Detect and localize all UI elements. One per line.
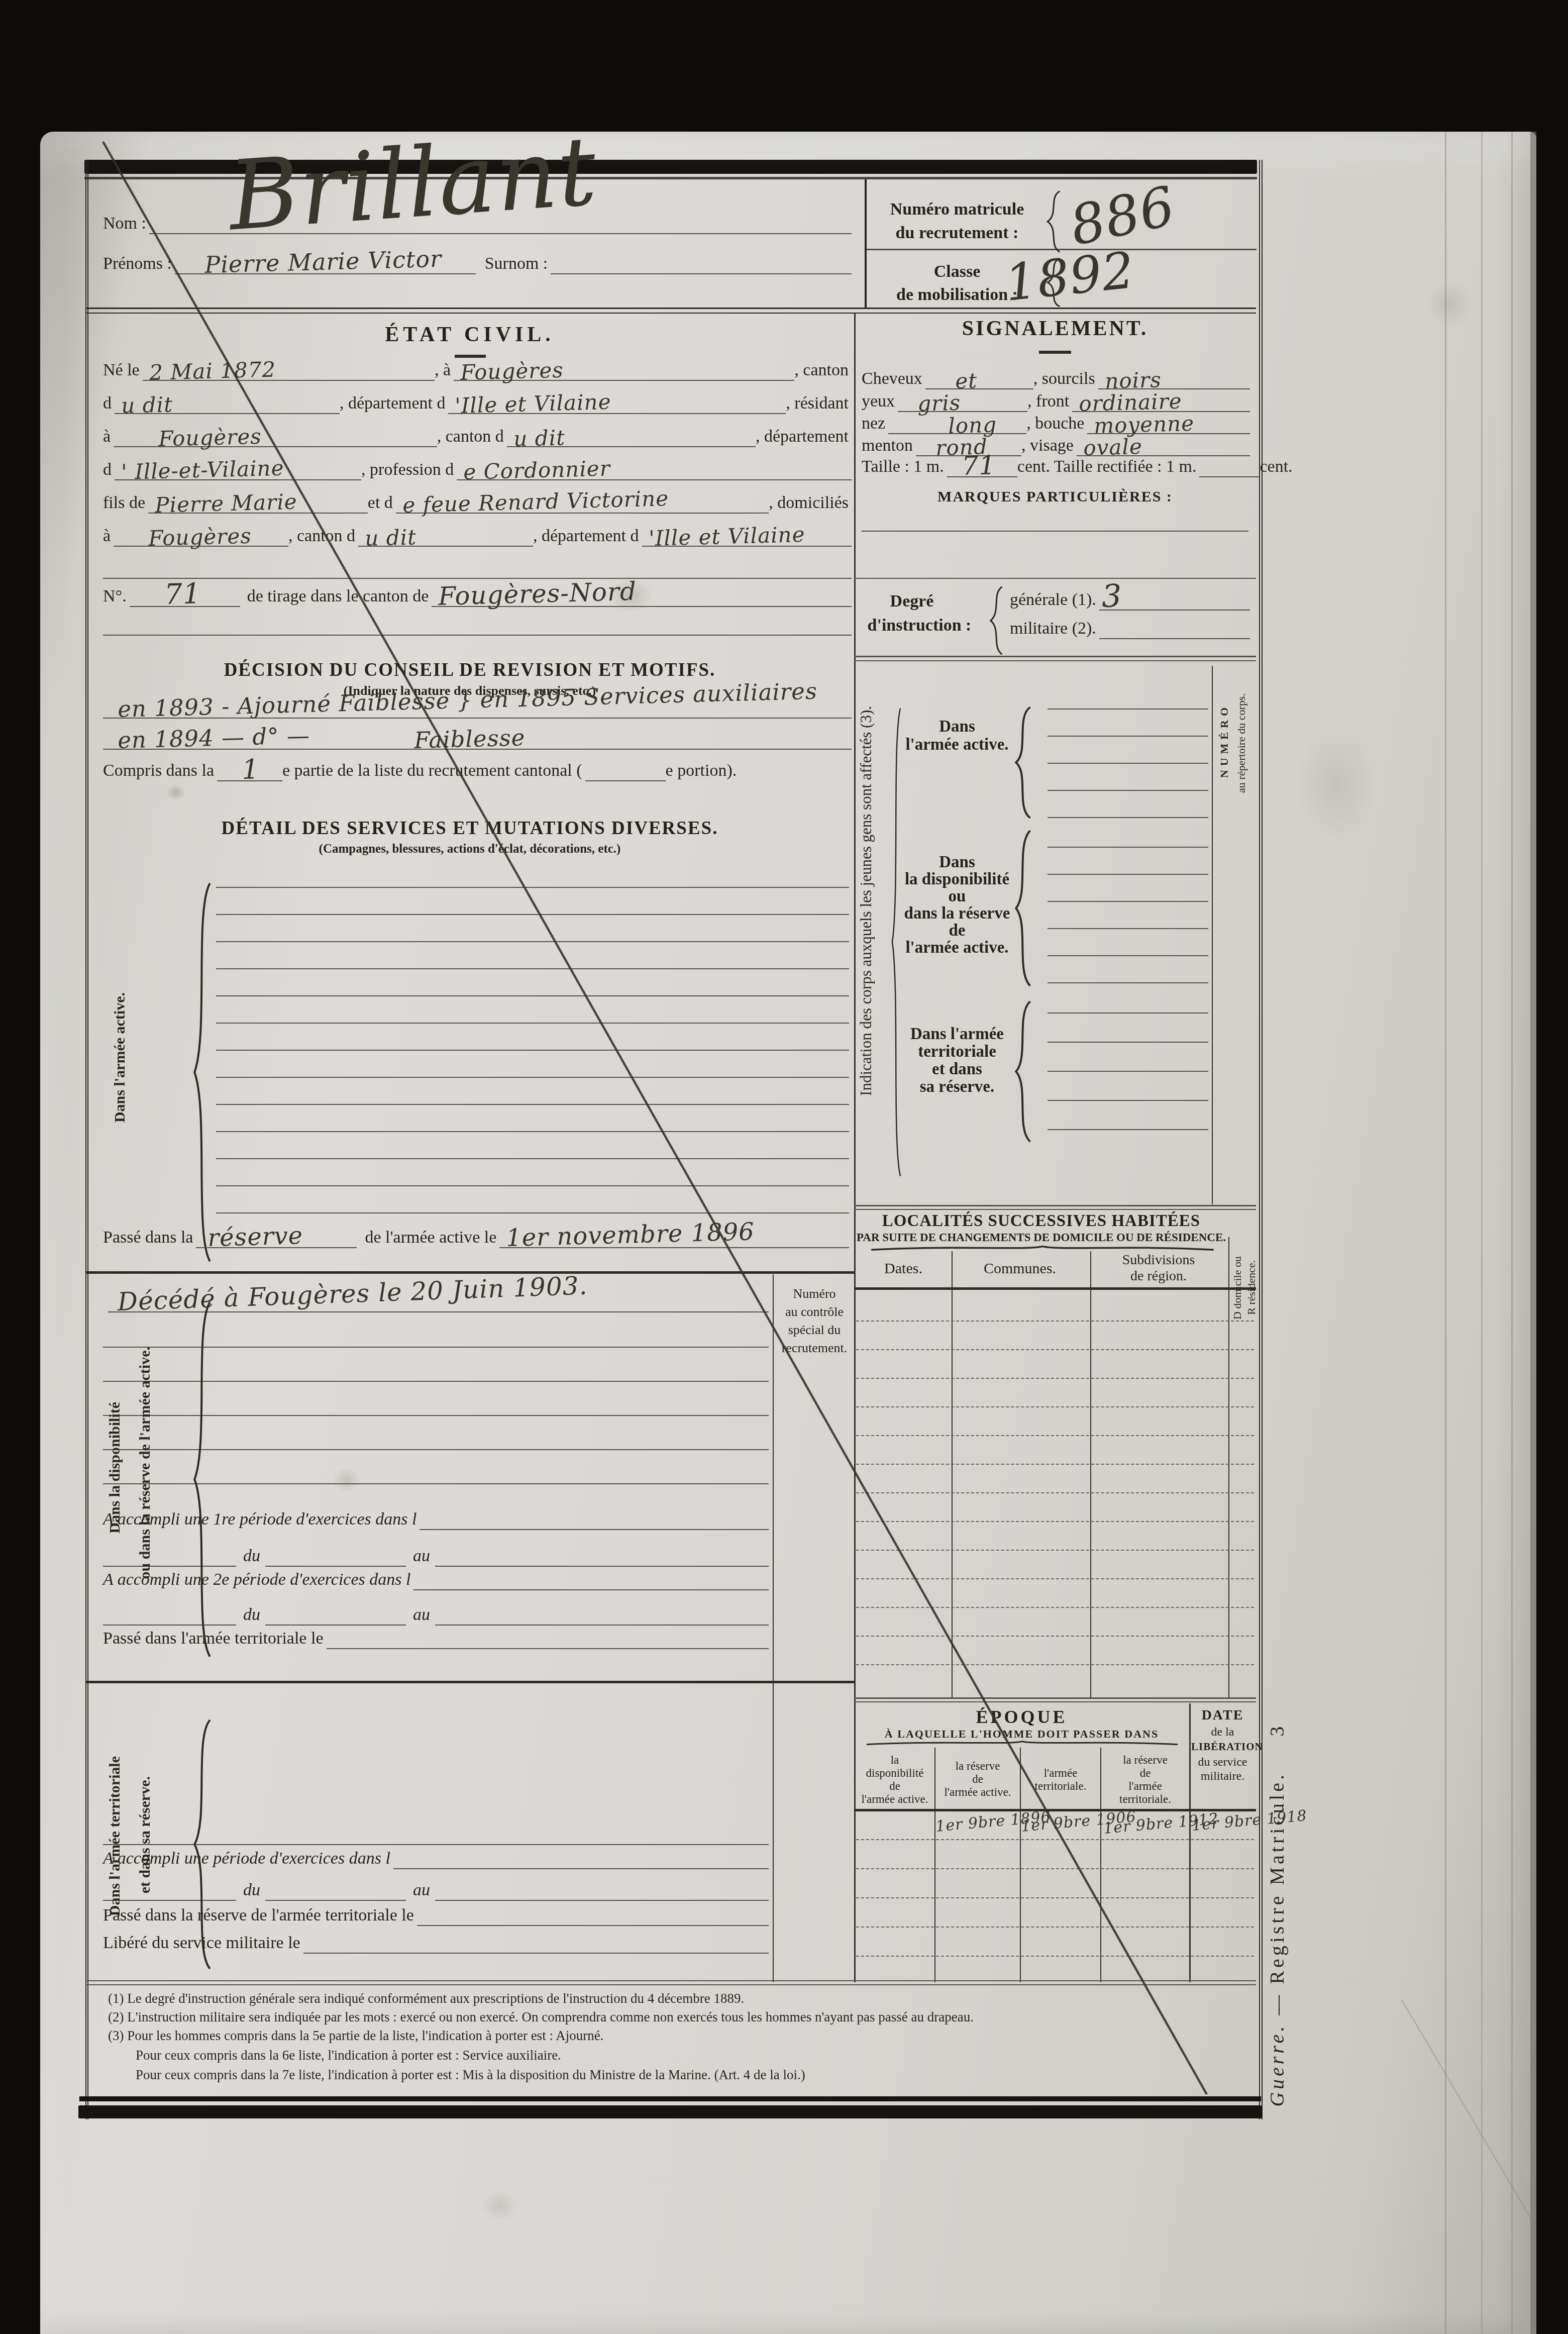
g3-label-1: Dans l'armée (902, 1025, 1012, 1044)
date-col-header: DATE (1191, 1707, 1254, 1723)
au-field (435, 1601, 769, 1626)
taille-label-1: Taille : 1 m. (862, 457, 947, 477)
divider (854, 578, 1256, 579)
compris-part-field: 1 (217, 757, 282, 781)
taille-label-2: cent. Taille rectifiée : 1 m. (1017, 457, 1200, 477)
decision-field-1: en 1893 - Ajourné Faiblesse } en 1895 Se… (103, 694, 852, 719)
sourcils-field: noirs (1098, 365, 1250, 389)
epoque-c1-header: de (857, 1780, 932, 1793)
epoque-c1-header: disponibilité (857, 1767, 932, 1780)
canton2-value: u dit (513, 425, 566, 451)
taille-row: Taille : 1 m. 71 cent. Taille rectifiée … (862, 454, 1250, 477)
brace-icon (888, 703, 903, 1181)
blank-field (103, 1601, 236, 1626)
col-dates-header: Dates. (860, 1260, 947, 1277)
compris-label-2: e partie de la liste du recrutement cant… (282, 761, 585, 781)
departement2-row: d ' Ille-et-Vilaine , profession d e Cor… (103, 457, 852, 480)
page-edge (1445, 132, 1446, 2334)
blank-row (103, 613, 852, 636)
controle-label-4: recrutement. (776, 1341, 853, 1356)
taille-rectifiee-field (1199, 453, 1260, 477)
canton3-value: u dit (365, 525, 417, 551)
margin-label-territoriale-1: Dans l'armée territoriale (107, 1756, 124, 1916)
title-dash (1039, 351, 1071, 354)
register-page: Nom : Brillant Prénoms : Pierre Marie Vi… (0, 0, 1568, 2334)
yeux-row: yeux gris , front ordinaire (862, 389, 1250, 412)
d2-label: d (103, 460, 115, 480)
departement3-value: 'Ille et Vilaine (648, 522, 805, 551)
divider (854, 1209, 1256, 1210)
brace-icon (190, 1298, 213, 1660)
father-value: Pierre Marie (155, 489, 298, 518)
nez-row: nez long , bouche moyenne (862, 411, 1250, 434)
margin-label-territoriale-2: et dans sa réserve. (137, 1776, 154, 1893)
periode1-field (420, 1506, 769, 1530)
canton-label: , canton (794, 361, 852, 381)
nez-field: long (888, 410, 1026, 434)
libere-field (303, 1930, 769, 1954)
page-edge (1530, 132, 1536, 2334)
domicile-field: Fougères (114, 523, 288, 547)
table-row-rule (856, 1839, 1254, 1840)
name-label: Nom : (103, 214, 149, 234)
du-field (265, 1543, 406, 1567)
tirage-row: N°. 71 de tirage dans le canton de Fougè… (103, 584, 852, 607)
departement-field: 'Ille et Vilaine (448, 390, 786, 414)
instruction-militaire-field (1099, 615, 1250, 639)
divider (85, 313, 1256, 314)
instruction-militaire-row: militaire (2). (1010, 616, 1250, 639)
divider (854, 656, 1256, 657)
g2-label-3: ou (902, 887, 1012, 906)
g3-label-4: sa réserve. (902, 1078, 1012, 1096)
tirage-number-value: 71 (164, 577, 201, 611)
firstname-row: Prénoms : Pierre Marie Victor Surnom : (103, 251, 852, 274)
menton-row: menton rond , visage ovale (862, 433, 1250, 456)
table-divider (1100, 1748, 1101, 1982)
footnote-5: Pour ceux compris dans la 7e liste, l'in… (108, 2067, 1276, 2083)
table-divider (1020, 1748, 1021, 1982)
blank-row (103, 556, 852, 579)
taille-value: 71 (961, 450, 996, 481)
instruction-generale-field: 3 (1099, 586, 1250, 611)
localites-subtitle: PAR SUITE DE CHANGEMENTS DE DOMICILE OU … (854, 1231, 1228, 1244)
cheveux-field: et (925, 365, 1033, 389)
epoque-c2-header: l'armée active. (937, 1786, 1018, 1799)
controle-label-1: Numéro (776, 1286, 853, 1301)
section-divider (85, 1681, 854, 1683)
firstname-field: Pierre Marie Victor (175, 250, 476, 274)
instruction-militaire-label: militaire (2). (1010, 619, 1099, 639)
au-label: au (406, 1881, 435, 1901)
spine-label: Guerre. — Registre Matricule.3 (1265, 1723, 1289, 2107)
passe-label-1: Passé dans la (103, 1228, 196, 1248)
passe-date-field: 1er novembre 1896 (499, 1222, 849, 1248)
passe-date-value: 1er novembre 1896 (506, 1217, 755, 1252)
canton-value: u dit (121, 392, 173, 418)
blank-field (103, 555, 852, 579)
departement3-field: 'Ille et Vilaine (642, 523, 852, 547)
compris-row: Compris dans la 1 e partie de la liste d… (103, 758, 852, 781)
g3-label-3: et dans (902, 1060, 1012, 1079)
g2-label-2: la disponibilité (902, 870, 1012, 889)
col-subdiv-header-2: de région. (1093, 1268, 1224, 1284)
matricule-label-1: Numéro matricule (874, 200, 1040, 219)
compris-part-value: 1 (241, 753, 260, 785)
signalement-title: SIGNALEMENT. (854, 317, 1256, 341)
terr-reserve-field (417, 1902, 769, 1926)
epoque-c1-header: l'armée active. (857, 1793, 932, 1806)
canton2-label: , canton d (437, 427, 507, 447)
epoque-c3-header: territoriale. (1023, 1780, 1098, 1793)
g2-label-5: de (902, 922, 1012, 940)
du-field (265, 1877, 406, 1901)
degre-label-1: Degré (862, 592, 962, 611)
terr-periode-field (393, 1845, 769, 1869)
blank-field (103, 612, 852, 636)
departement-value: 'Ille et Vilaine (455, 389, 611, 418)
a2-label: à (103, 527, 114, 547)
date-col-header: militaire. (1191, 1770, 1254, 1783)
g2-label-6: l'armée active. (902, 939, 1012, 957)
au-field (435, 1543, 769, 1567)
profession-field: e Cordonnier (457, 456, 852, 480)
horizontal-brace-icon (860, 1739, 1184, 1746)
brace-icon (1012, 1000, 1033, 1143)
residence-value: Fougères (158, 424, 262, 451)
passe-territoriale-field (327, 1625, 769, 1649)
birthdate-value: 2 Mai 1872 (149, 357, 276, 385)
numero-strip-divider (1212, 666, 1213, 1204)
form-bottom-border-inner (79, 2096, 1261, 2101)
passe-reserve-row: Passé dans la réserve de l'armée active … (103, 1223, 849, 1248)
epoque-c4-header: territoriale. (1103, 1793, 1187, 1806)
table-header-rule (854, 1809, 1256, 1811)
du-label: du (236, 1881, 265, 1901)
surname-field (551, 250, 852, 274)
brace-icon (1012, 706, 1033, 819)
footnote-2: (2) L'instruction militaire sera indiqué… (108, 2009, 1248, 2025)
periode2-field (413, 1566, 769, 1590)
residence-row: à Fougères , canton d u dit , départemen… (103, 424, 852, 447)
son-of-label: fils de (103, 493, 148, 514)
decision-row-1: en 1893 - Ajourné Faiblesse } en 1895 Se… (103, 695, 852, 719)
epoque-c4-header: la réserve (1103, 1754, 1187, 1767)
tirage-number-field: 71 (130, 583, 240, 607)
date-col-header: de la (1191, 1726, 1254, 1739)
and-of-label: et d (368, 493, 396, 514)
domicile-value: Fougères (148, 524, 252, 551)
footnote-1: (1) Le degré d'instruction générale sera… (108, 1991, 1248, 2006)
decision-title: DÉCISION DU CONSEIL DE REVISION ET MOTIF… (85, 659, 854, 681)
table-divider (952, 1251, 953, 1698)
passe-label-2: de l'armée active le (357, 1228, 499, 1248)
divider (85, 1984, 1256, 1985)
father-field: Pierre Marie (148, 489, 368, 514)
d-label: d (103, 394, 115, 414)
parents-row: fils de Pierre Marie et d e feue Renard … (103, 490, 852, 514)
sourcils-label: , sourcils (1033, 369, 1098, 389)
canton3-field: u dit (358, 523, 533, 547)
tirage-number-label: N°. (103, 587, 130, 607)
departement3-label: , département d (533, 527, 642, 547)
departement2-field: ' Ille-et-Vilaine (115, 456, 361, 480)
divider (854, 1701, 1256, 1702)
marques-title: MARQUES PARTICULIÈRES : (854, 488, 1256, 505)
divider (854, 1697, 1256, 1699)
mother-field: e feue Renard Victorine (396, 489, 769, 514)
a-label: à (103, 427, 114, 447)
decision-row-2: en 1894 — d° — Faiblesse (103, 727, 852, 750)
yeux-label: yeux (862, 392, 898, 412)
tirage-canton-value: Fougères-Nord (438, 577, 637, 611)
form-bottom-border (78, 2105, 1262, 2118)
bouche-label: , bouche (1026, 414, 1087, 434)
g1-label-2: l'armée active. (904, 736, 1010, 754)
compris-label-1: Compris dans la (103, 761, 217, 781)
bouche-field: moyenne (1087, 410, 1250, 434)
services-subtitle: (Campagnes, blessures, actions d'éclat, … (85, 842, 854, 856)
profession-value: e Cordonnier (463, 456, 611, 484)
epoque-c4-header: de (1103, 1767, 1187, 1780)
born-label: Né le (103, 361, 143, 381)
departement2-value: ' Ille-et-Vilaine (121, 456, 284, 484)
yeux-field: gris (898, 388, 1027, 412)
tirage-canton-field: Fougères-Nord (432, 583, 852, 607)
compris-label-3: e portion). (666, 761, 740, 781)
controle-label-3: spécial du (776, 1323, 853, 1338)
epoque-title: ÉPOQUE (854, 1706, 1189, 1728)
table-header-rule (854, 1287, 1256, 1290)
firstname-label: Prénoms : (103, 254, 175, 274)
front-label: , front (1027, 392, 1072, 412)
footnote-4: Pour ceux compris dans la 6e liste, l'in… (108, 2048, 1276, 2063)
visage-field: ovale (1077, 432, 1250, 456)
table-divider (1189, 1703, 1191, 1982)
brace-icon (190, 879, 213, 1265)
page-edge (1481, 132, 1483, 2334)
matricule-label-2: du recrutement : (874, 224, 1040, 243)
horizontal-brace-icon (864, 1243, 1221, 1251)
canton3-label: , canton d (288, 527, 358, 547)
margin-label-armee-active: Dans l'armée active. (112, 992, 129, 1123)
epoque-c1-header: la (857, 1754, 932, 1767)
au-label: au (406, 1547, 435, 1567)
spine-label-guerre: Guerre. (1266, 2023, 1288, 2107)
cheveux-row: Cheveux et , sourcils noirs (862, 366, 1250, 389)
profession-label: , profession d (361, 460, 457, 480)
passe-field: réserve (196, 1222, 357, 1248)
du-label: du (236, 1605, 265, 1626)
epoque-c3-header: l'armée (1023, 1767, 1098, 1780)
residant-label: , résidant (786, 394, 852, 414)
departement2-label: , département (756, 427, 852, 447)
control-column-divider (773, 1274, 774, 1982)
footnote-3: (3) Pour les hommes compris dans la 5e p… (108, 2028, 1248, 2044)
table-divider (1090, 1251, 1091, 1698)
canton-field: u dit (115, 390, 340, 414)
au-label: au (406, 1605, 435, 1626)
taille-label-3: cent. (1260, 457, 1295, 477)
residence-field: Fougères (114, 423, 437, 447)
tirage-canton-label: de tirage dans le canton de (240, 587, 432, 607)
instruction-generale-label: générale (1). (1010, 590, 1099, 611)
g2-label-1: Dans (902, 853, 1012, 872)
passe-value: réserve (207, 1222, 303, 1252)
affectation-side-label: Indication des corps auxquels les jeunes… (857, 706, 875, 1096)
epoque-c2-header: de (937, 1773, 1018, 1786)
g2-label-4: dans la réserve (902, 904, 1012, 923)
date-col-header: LIBÉRATION (1191, 1741, 1254, 1753)
table-divider (1228, 1237, 1229, 1698)
birth-row: Né le 2 Mai 1872 , à Fougères , canton (103, 358, 852, 381)
cheveux-label: Cheveux (862, 369, 925, 389)
page-edge (1511, 132, 1513, 2334)
blank-field (103, 1543, 236, 1567)
domicile-row: à Fougères , canton d u dit , départemen… (103, 524, 852, 547)
decision-field-2: en 1894 — d° — Faiblesse (103, 726, 852, 750)
degre-label-2: d'instruction : (854, 616, 985, 635)
birthplace-field: Fougères (454, 357, 794, 381)
divider (85, 1980, 1256, 1981)
col-communes-header: Communes. (955, 1260, 1085, 1277)
terr-reserve-label: Passé dans la réserve de l'armée territo… (103, 1906, 417, 1926)
controle-label-2: au contrôle (776, 1304, 853, 1320)
divider (854, 660, 1256, 661)
instruction-generale-row: générale (1). 3 (1010, 587, 1250, 611)
departement-label: , département d (340, 394, 449, 414)
etat-civil-title: ÉTAT CIVIL. (85, 323, 854, 347)
section-divider (85, 1271, 854, 1274)
date-col-header: du service (1191, 1756, 1254, 1769)
firstname-value: Pierre Marie Victor (204, 245, 442, 278)
brace-icon (190, 1717, 213, 1971)
at-label: , à (435, 361, 454, 381)
table-divider (934, 1748, 935, 1982)
du-field (265, 1601, 406, 1626)
divider (862, 531, 1248, 532)
brace-icon (1044, 190, 1062, 253)
taille-field: 71 (947, 453, 1017, 477)
margin-label-disponibilite-1: Dans la disponibilité (107, 1402, 124, 1534)
instruction-generale-value: 3 (1101, 577, 1122, 615)
canton-row: d u dit , département d 'Ille et Vilaine… (103, 391, 852, 414)
passe-territoriale-label: Passé dans l'armée territoriale le (103, 1629, 327, 1649)
localites-title: LOCALITÉS SUCCESSIVES HABITÉES (854, 1212, 1228, 1231)
visage-label: , visage (1021, 436, 1077, 456)
decision-value-2a: en 1894 — d° — (118, 722, 310, 754)
surname-label: Surnom : (476, 254, 551, 274)
mother-value: e feue Renard Victorine (402, 486, 669, 518)
canton2-field: u dit (507, 423, 756, 447)
numero-strip-label-1: NUMÉRO (1218, 703, 1231, 778)
g3-label-2: territoriale (902, 1043, 1012, 1061)
margin-label-disponibilite-2: ou dans la réserve de l'armée active. (137, 1347, 154, 1579)
du-label: du (236, 1547, 265, 1567)
epoque-c2-header: la réserve (937, 1760, 1018, 1773)
nez-label: nez (862, 414, 888, 434)
divider (854, 1205, 1256, 1206)
col-subdiv-header-1: Subdivisions (1093, 1252, 1224, 1268)
services-title: DÉTAIL DES SERVICES ET MUTATIONS DIVERSE… (85, 818, 854, 839)
domicilies-label: , domiciliés (769, 493, 852, 514)
epoque-c4-header: l'armée (1103, 1780, 1187, 1793)
numero-strip-label-2: au répertoire du corps. (1235, 693, 1248, 793)
menton-label: menton (862, 436, 916, 456)
birthplace-value: Fougères (460, 358, 564, 385)
compris-portion-field (585, 757, 666, 781)
brace-icon (987, 585, 1004, 656)
g1-label-1: Dans (904, 718, 1010, 736)
spine-label-registre: — Registre Matricule. (1266, 1772, 1288, 2023)
birthdate-field: 2 Mai 1872 (143, 357, 435, 381)
front-field: ordinaire (1072, 388, 1250, 412)
divider (85, 308, 1256, 309)
au-field (435, 1877, 769, 1901)
brace-icon (1012, 829, 1033, 987)
decision-value-2b: Faiblesse (414, 724, 526, 754)
spine-label-number: 3 (1266, 1723, 1288, 1737)
